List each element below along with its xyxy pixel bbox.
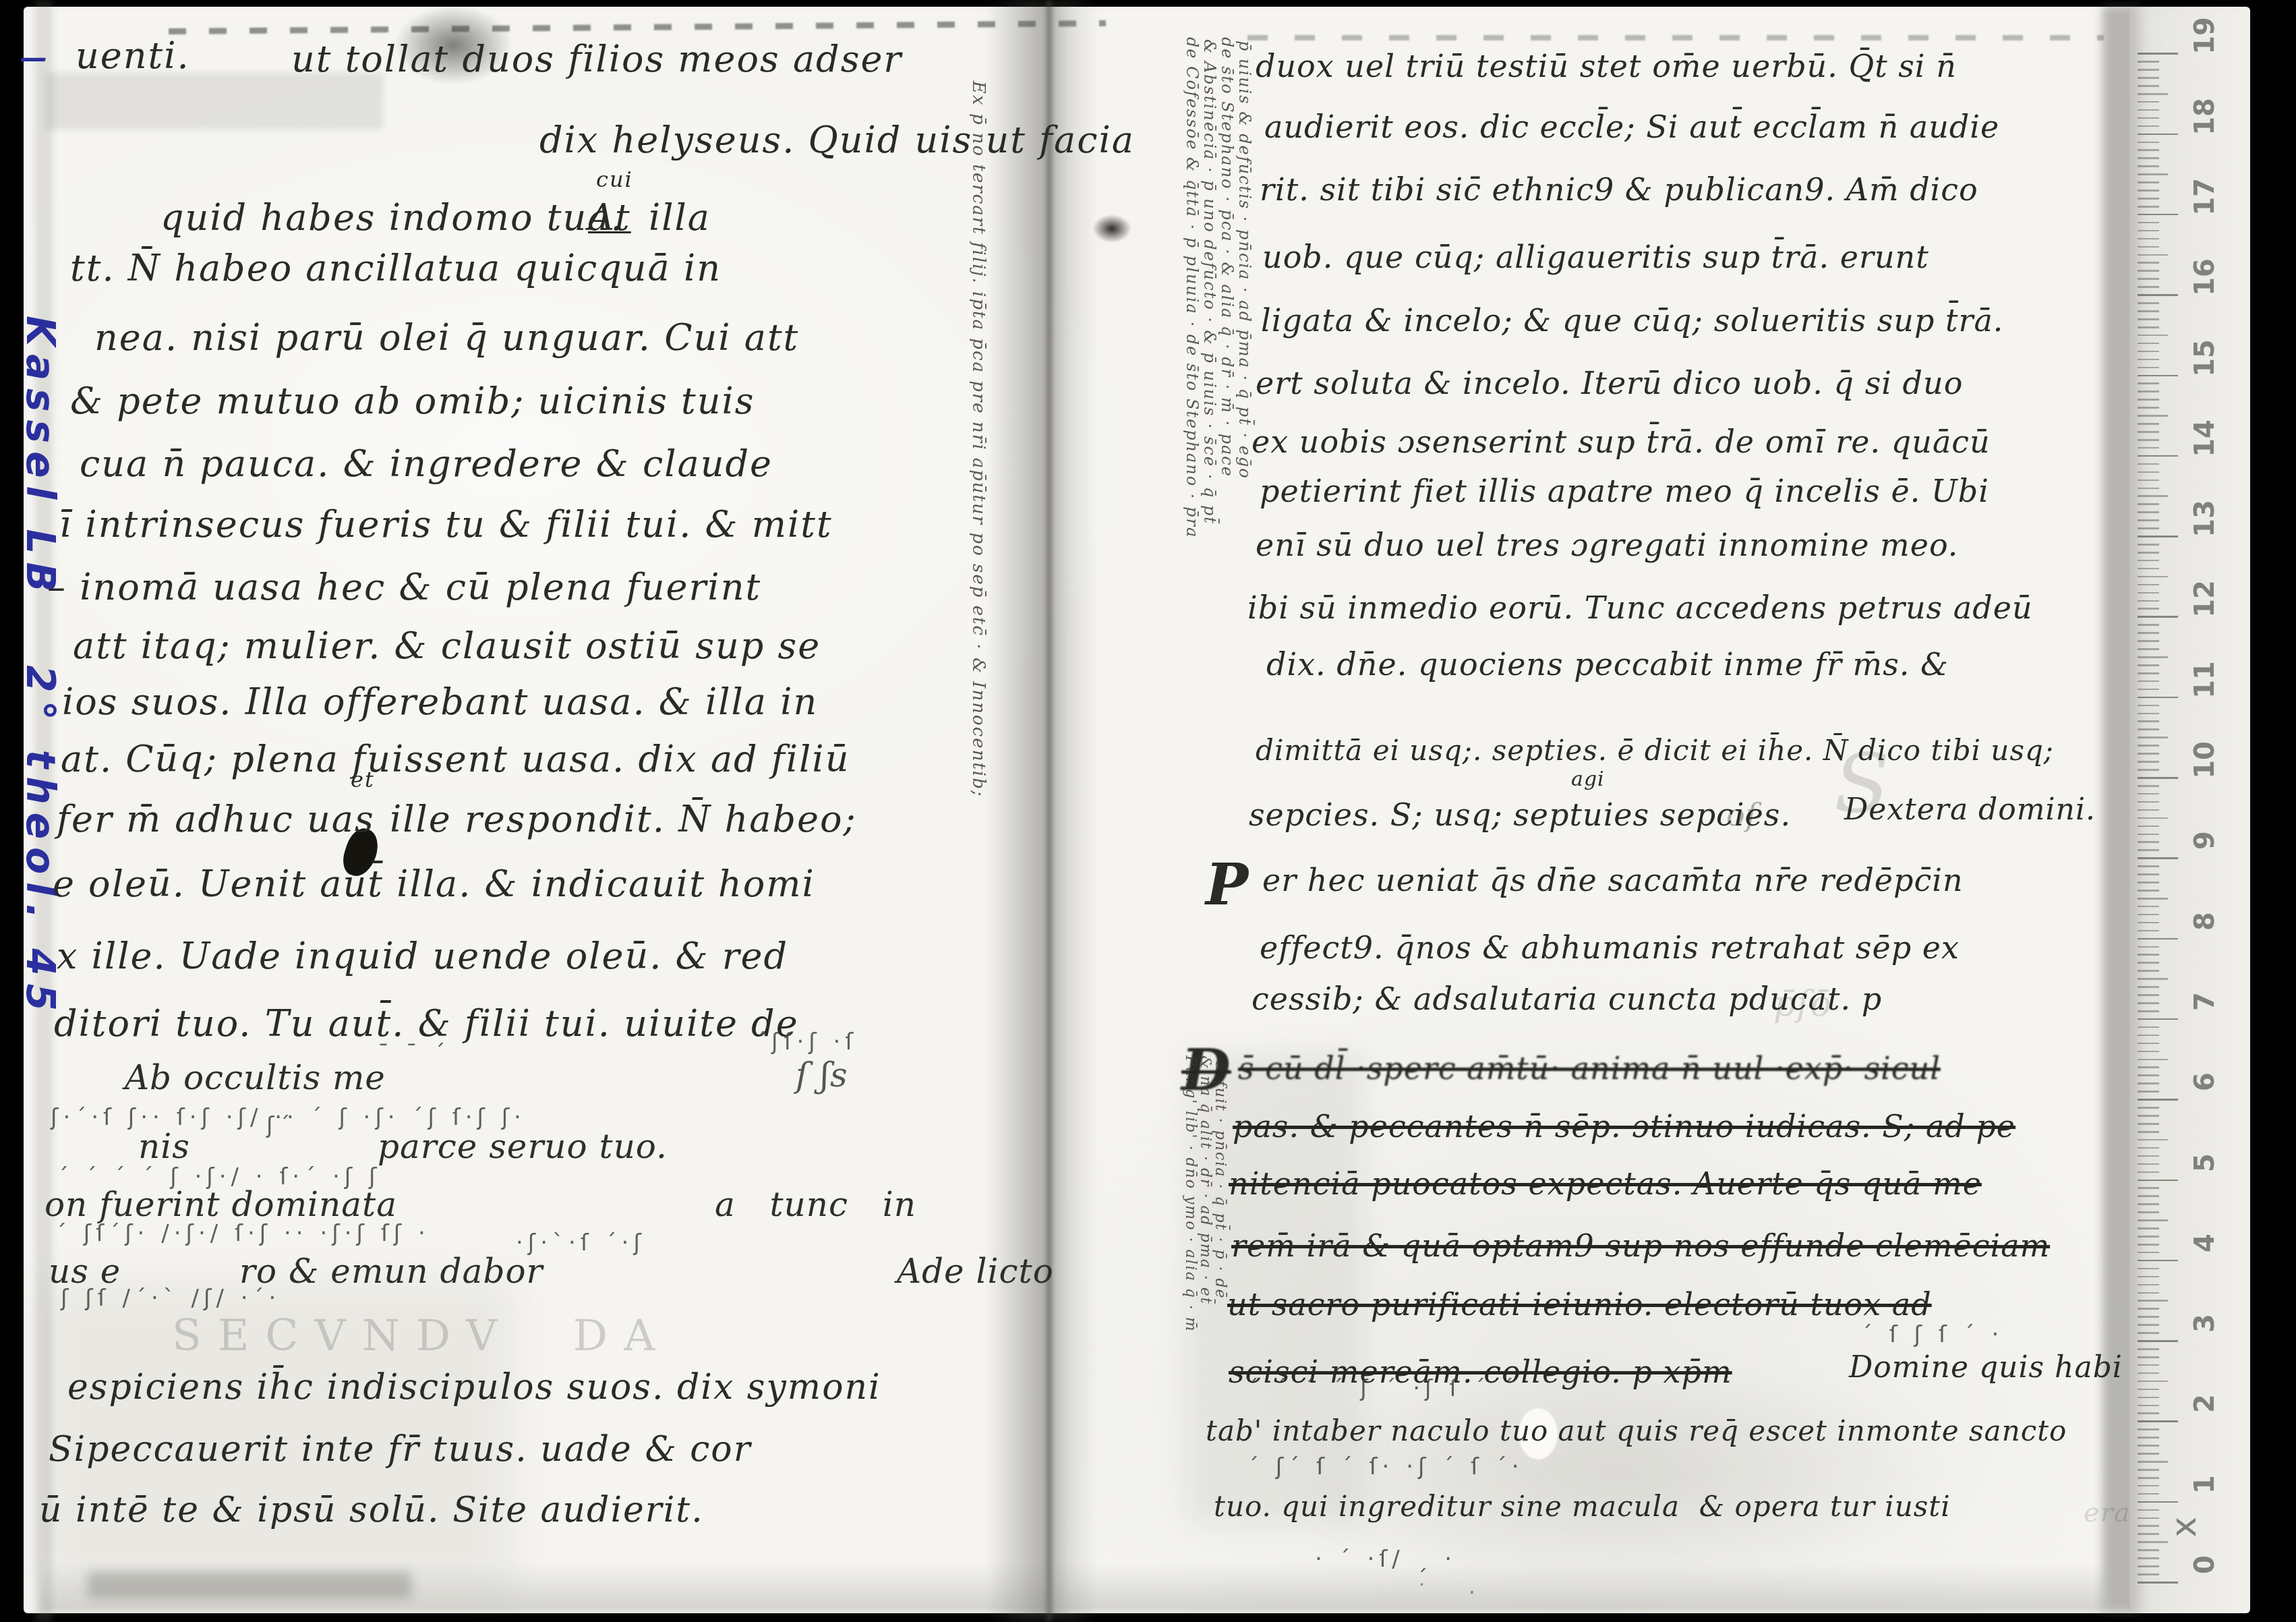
ruler-tick	[2138, 503, 2159, 505]
ruler-tick	[2138, 890, 2159, 892]
ruler-tick	[2138, 423, 2159, 425]
ruler-tick	[2138, 809, 2159, 811]
interlinear-gloss: et	[351, 769, 375, 792]
manuscript-line: ex uobis ɔsenserint sup t̄rā. de omī re.…	[1252, 426, 1991, 458]
ruler-tick	[2138, 898, 2168, 900]
ruler-number: 15	[2189, 339, 2220, 377]
ruler-tick	[2138, 552, 2159, 554]
ruler-tick	[2138, 689, 2159, 691]
marginal-note: & Abstinēciā · p̄ uno defūcto · & p̄ uiu…	[1202, 39, 1218, 788]
ruler-tick	[2138, 1276, 2159, 1278]
ruler-tick	[2138, 1284, 2159, 1286]
ruler-tick	[2138, 278, 2159, 280]
neume-row: ˊʃſ·ʃ ·ſ	[755, 1031, 858, 1055]
ruler-tick	[2138, 173, 2168, 175]
ruler-tick	[2138, 1252, 2159, 1254]
manuscript-line: ille respondit. N̄ habeo;	[390, 801, 857, 839]
ruler-tick	[2138, 1043, 2159, 1045]
ruler-tick	[2138, 326, 2159, 328]
marginal-note: p̄ uiuis & defūctis · pn̄cia · ad p̄ma ·…	[1237, 40, 1253, 789]
ruler-tick	[2138, 262, 2159, 264]
ruler-tick	[2138, 1348, 2159, 1350]
ruler-number: 16	[2189, 258, 2220, 296]
ruler-tick	[2138, 1107, 2159, 1109]
ruler-tick	[2138, 125, 2159, 127]
initial-letter: P	[1206, 855, 1249, 915]
ruler-tick	[2138, 1131, 2159, 1133]
manuscript-line: effect9. q̄nos & abhumanis retrahat sēp …	[1260, 931, 1960, 964]
ruler-tick	[2138, 415, 2168, 417]
manuscript-line: ibi sū inmedio eorū. Tunc accedens petru…	[1247, 591, 2033, 624]
ruler-number: 7	[2189, 983, 2220, 1020]
manuscript-line: x ille. Uade inquid uende oleū. & red	[57, 937, 788, 976]
ruler-tick	[2138, 1035, 2159, 1037]
ruler-tick	[2138, 61, 2159, 63]
ruler-tick	[2138, 270, 2159, 272]
ruler-tick	[2138, 77, 2159, 79]
ruler-tick	[2138, 1517, 2159, 1519]
ruler-tick	[2138, 1420, 2178, 1422]
ruler-tick	[2138, 431, 2159, 433]
ruler-tick	[2138, 745, 2159, 747]
ruler: x 012345678910111213141516171819	[2129, 7, 2249, 1612]
faded-heading: SECVNDV DA	[172, 1314, 671, 1359]
ruler-tick	[2138, 157, 2159, 159]
ruler-tick	[2138, 906, 2159, 908]
manuscript-line: ū intē te & ipsū solū. Site audierit.	[39, 1492, 704, 1529]
ruler-tick	[2138, 753, 2159, 755]
ruler-tick	[2138, 343, 2159, 345]
faded-text: era	[2084, 1499, 2131, 1527]
ruler-tick	[2138, 447, 2159, 449]
ruler-tick	[2138, 1485, 2159, 1487]
ruler-tick	[2138, 359, 2159, 361]
ruler-tick	[2138, 230, 2159, 232]
ruler-tick	[2138, 101, 2159, 103]
ruler-tick	[2138, 495, 2168, 497]
marginal-note: de s̄to Stephano · p̄ca · & alia q̄ · dr…	[1219, 37, 1235, 786]
ruler-tick	[2138, 302, 2159, 304]
interlinear-gloss: agi	[1571, 769, 1605, 790]
ruler-tick	[2138, 1565, 2159, 1567]
ruler-tick	[2138, 938, 2178, 940]
manuscript-line: ditori tuo. Tu aut̄. & filii tui. uiuite…	[54, 1005, 799, 1043]
manuscript-line: sepcies. S; usq; septuies sepcies.	[1249, 799, 1791, 831]
ruler-tick	[2138, 1445, 2159, 1447]
faded-text: p̄ſō	[1773, 986, 1832, 1023]
ruler-tick	[2138, 1557, 2159, 1559]
ruler-number: 5	[2189, 1144, 2220, 1182]
ruler-tick	[2138, 1332, 2159, 1334]
ruler-tick	[2138, 206, 2159, 208]
neume-row: ˙ ·	[1416, 1582, 1480, 1606]
manuscript-line: At	[588, 199, 631, 237]
ruler-tick	[2138, 1340, 2178, 1342]
ruler-tick	[2138, 1051, 2159, 1053]
ruler-tick	[2138, 1397, 2159, 1399]
ruler-tick	[2138, 785, 2159, 787]
ruler-tick	[2138, 1437, 2159, 1439]
ruler-tick	[2138, 1018, 2178, 1020]
ruler-tick	[2138, 1541, 2168, 1543]
ruler-tick	[2138, 69, 2159, 71]
ruler-tick	[2138, 382, 2159, 384]
chant-line: us e	[49, 1254, 121, 1290]
ruler-tick	[2138, 294, 2178, 296]
chant-line: ſ ʃs	[796, 1058, 848, 1093]
shelfmark-note: Kassel LB 2° theol. 45	[18, 316, 63, 1019]
manuscript-line: rit. sit tibi sic̄ ethnic9 & publican9. …	[1260, 173, 1978, 206]
neume-row: ˊ ſ ʃ ſ ˊ ·	[1861, 1323, 2003, 1348]
ruler-tick	[2138, 1139, 2168, 1141]
ruler-tick	[2138, 1227, 2159, 1229]
ruler-number: 13	[2189, 500, 2220, 538]
ruler-tick	[2138, 1203, 2159, 1205]
manuscript-line: cua n̄ pauca. & ingredere & claude	[80, 445, 773, 484]
pencil-x-mark: x	[2164, 1517, 2204, 1538]
ruler-tick	[2138, 817, 2168, 819]
ruler-number: 4	[2189, 1224, 2220, 1262]
ruler-tick	[2138, 826, 2159, 828]
scan-canvas: Kassel LB 2° theol. 45 x 012345678910111…	[0, 0, 2296, 1622]
ruler-tick	[2138, 1026, 2159, 1029]
ruler-tick	[2138, 1187, 2159, 1189]
ruler-tick	[2138, 769, 2159, 771]
ruler-tick	[2138, 954, 2159, 956]
ruler-tick	[2138, 1211, 2159, 1213]
ruler-tick	[2138, 632, 2159, 634]
ruler-tick	[2138, 455, 2178, 457]
ruler-tick	[2138, 544, 2159, 546]
ruler-tick	[2138, 93, 2168, 95]
ruler-tick	[2138, 680, 2159, 683]
ruler-tick	[2138, 1372, 2159, 1374]
ruler-tick	[2138, 399, 2159, 401]
ruler-tick	[2138, 214, 2178, 216]
ruler-tick	[2138, 970, 2159, 972]
ruler-tick	[2138, 777, 2178, 779]
manuscript-line: uob. que cūq; alligaueritis sup t̄rā. er…	[1262, 241, 1929, 273]
struck-line: s̄ cū dl̄ ·sperc am̄tū· anima n̄ uul ·ex…	[1238, 1052, 1941, 1084]
ruler-tick	[2138, 1155, 2159, 1157]
ruler-tick	[2138, 142, 2159, 144]
ruler-tick	[2138, 1549, 2159, 1551]
ruler-tick	[2138, 664, 2159, 666]
ruler-tick	[2138, 728, 2159, 730]
struck-line: nitenciā puocatos expectas. Auerte q̄s q…	[1229, 1167, 1982, 1200]
ruler-number: 17	[2189, 178, 2220, 216]
ruler-tick	[2138, 439, 2159, 441]
neume-row: ˊ ʃſˊʃ· /·ʃ·/ ſ·ʃ ·· ·ʃ·ʃ ſʃ ·	[55, 1222, 430, 1246]
ruler-tick	[2138, 1493, 2159, 1495]
manuscript-line: ios suos. Illa offerebant uasa. & illa i…	[62, 683, 818, 722]
manuscript-line: Sipeccauerit inte fr̄ tuus. uade & cor	[49, 1431, 752, 1468]
ruler-tick	[2138, 865, 2159, 867]
ruler-tick	[2138, 222, 2159, 224]
ruler-tick	[2138, 1582, 2178, 1584]
ruler-tick	[2138, 873, 2159, 875]
chant-line: tuo. qui ingreditur sine macula & opera …	[1214, 1492, 1951, 1522]
marginal-note: & na q̄ alit · dr̄ · ad p̄ma · et̄	[1198, 1055, 1212, 1575]
ruler-tick	[2138, 1453, 2159, 1455]
ruler-tick	[2138, 1099, 2178, 1101]
interlinear-gloss: cui	[596, 169, 633, 192]
chant-line: ro & emun dabor	[239, 1254, 543, 1290]
manuscript-line: illa	[649, 199, 711, 237]
neume-row: ·ʃ·ˋ·ſ ˊ·ʃ	[516, 1232, 646, 1256]
ruler-number: 19	[2189, 17, 2220, 55]
ruler-number: 11	[2189, 661, 2220, 699]
ruler-tick	[2138, 1525, 2159, 1527]
ruler-tick	[2138, 672, 2159, 674]
ruler-tick	[2138, 697, 2178, 699]
neume-row: ˉ ˉ ˊ	[378, 1042, 450, 1066]
ruler-tick	[2138, 1163, 2159, 1165]
ruler-tick	[2138, 720, 2159, 722]
manuscript-line: uenti.	[76, 37, 190, 76]
manuscript-line: audierit eos. dic eccl̄e; Si aut̄ eccl̄a…	[1264, 111, 1999, 143]
ruler-tick	[2138, 1501, 2178, 1503]
manuscript-line: tt. N̄ habeo ancillatua quicquā in	[70, 250, 722, 288]
ruler-number: 2	[2189, 1385, 2220, 1422]
ruler-tick	[2138, 181, 2159, 183]
manuscript-line: & pete mutuo ab omib; uicinis tuis	[70, 382, 755, 421]
manuscript-line: at. Cūq; plena fuissent uasa. dix ad fil…	[61, 741, 850, 779]
ruler-tick	[2138, 198, 2159, 200]
manuscript-line: ligata & incelo; & que cūq; solueritis s…	[1261, 304, 2004, 337]
ruler-tick	[2138, 85, 2159, 87]
ruler-tick	[2138, 286, 2159, 288]
manuscript-line: er hec ueniat q̄s dn̄e sacam̄ta nr̄e red…	[1262, 864, 1964, 896]
manuscript-line: ut tollat duos filios meos adser	[291, 40, 902, 79]
neume-row: · ˊ ·ſ/ ˏ ·	[1315, 1548, 1456, 1572]
neume-row: ˊ ʃˊ ſ ˊ ſ· ·ʃ ˊ ſ ˊ·	[1247, 1455, 1524, 1480]
ruler-tick	[2138, 624, 2159, 626]
ruler-tick	[2138, 1219, 2168, 1221]
ruler-tick	[2138, 1059, 2168, 1061]
ruler-tick	[2138, 367, 2159, 369]
ruler-number: 6	[2189, 1063, 2220, 1101]
ruler-tick	[2138, 881, 2159, 884]
ruler-number: 10	[2189, 741, 2220, 779]
ruler-tick	[2138, 149, 2159, 151]
ruler-tick	[2138, 1573, 2159, 1575]
ruler-tick	[2138, 1533, 2159, 1535]
ruler-tick	[2138, 1091, 2159, 1093]
manuscript-line: fer m̄ adhuc uas	[57, 801, 375, 839]
ruler-tick	[2138, 1074, 2159, 1076]
ruler-tick	[2138, 994, 2159, 996]
ruler-tick	[2138, 1356, 2159, 1358]
ruler-tick	[2138, 962, 2159, 964]
ruler-tick	[2138, 1180, 2178, 1182]
ruler-tick	[2138, 318, 2159, 320]
manuscript-line: espiciens ih̄c indiscipulos suos. dix sy…	[67, 1369, 881, 1406]
chant-line: parce seruo tuo.	[378, 1129, 668, 1165]
manuscript-line: ert soluta & incelo. Iterū dico uob. q̄ …	[1256, 367, 1963, 399]
ruler-number: 0	[2189, 1546, 2220, 1584]
manuscript-line: ī intrinsecus fueris tu & filii tui. & m…	[59, 506, 833, 544]
ruler-tick	[2138, 1461, 2168, 1463]
ruler-tick	[2138, 1412, 2159, 1414]
ruler-tick	[2138, 793, 2159, 795]
ruler-tick	[2138, 1244, 2159, 1246]
chant-line: nis	[138, 1129, 190, 1165]
ruler-tick	[2138, 488, 2159, 490]
faded-text: oſ	[1726, 799, 1758, 831]
ruler-tick	[2138, 1308, 2159, 1310]
ruler-tick	[2138, 1268, 2159, 1270]
ruler-tick	[2138, 1381, 2168, 1383]
ruler-tick	[2138, 407, 2159, 409]
chant-line: on fuerint dominata	[45, 1187, 397, 1223]
ruler-tick	[2138, 584, 2159, 586]
manuscript-line: dix helyseus. Quid uis ut facia	[539, 121, 1135, 160]
chant-line: a tunc in	[715, 1187, 916, 1223]
ruler-tick	[2138, 463, 2159, 465]
ruler-tick	[2138, 841, 2159, 843]
ruler-number: 3	[2189, 1304, 2220, 1342]
ruler-tick	[2138, 535, 2178, 538]
ruler-tick	[2138, 1066, 2159, 1068]
manuscript-line: quid habes indomo tua.	[160, 199, 624, 237]
ruler-tick	[2138, 1364, 2159, 1366]
manuscript-line: nea. nisi parū olei q̄ unguar. Cui att	[94, 319, 799, 357]
ruler-tick	[2138, 1115, 2159, 1117]
ruler-tick	[2138, 1002, 2159, 1004]
ruler-tick	[2138, 254, 2168, 256]
ruler-tick	[2138, 1316, 2159, 1318]
chant-line: tab' intaber naculo tuo aut quis req̄ es…	[1206, 1416, 2067, 1446]
pen-mark: —	[20, 45, 47, 73]
manuscript-line: dix. dn̄e. quociens peccabit inme fr̄ m̄…	[1266, 648, 1949, 680]
ruler-tick	[2138, 592, 2159, 594]
manuscript-line: dimittā ei usq;. septies. ē dicit ei ih̄…	[1256, 736, 2054, 765]
ruler-tick	[2138, 761, 2159, 763]
ruler-tick	[2138, 1300, 2168, 1302]
marginal-note: de Cōfessōe & q̄ttā · p̄ pluuia · de s̄t…	[1184, 37, 1200, 786]
ruler-tick	[2138, 930, 2159, 932]
ruler-tick	[2138, 1010, 2159, 1012]
ruler-tick	[2138, 53, 2178, 55]
chant-line: Ab occultis me	[125, 1060, 386, 1096]
neume-row: ʃ ʃſ /ˊ·ˋ /ʃ/ ·ˊ·	[61, 1287, 281, 1311]
ruler-tick	[2138, 600, 2159, 602]
ruler-tick	[2138, 834, 2159, 836]
ruler-tick	[2138, 560, 2159, 562]
ruler-tick	[2138, 519, 2159, 521]
chant-line: Ade licto	[897, 1254, 1054, 1290]
struck-line: ut sacro purificati ieiunio. electorū tu…	[1227, 1288, 1932, 1321]
ruler-tick	[2138, 109, 2159, 111]
ruler-tick	[2138, 986, 2159, 988]
ruler-tick	[2138, 1389, 2159, 1391]
ruler-number: 1	[2189, 1466, 2220, 1503]
ruler-tick	[2138, 801, 2159, 803]
ruler-tick	[2138, 576, 2168, 578]
ruler-tick	[2138, 1082, 2159, 1084]
ruler-tick	[2138, 922, 2159, 924]
neume-row: ʃˊ	[266, 1114, 295, 1138]
ruler-tick	[2138, 648, 2159, 650]
ruler-tick	[2138, 608, 2159, 610]
ruler-tick	[2138, 1477, 2159, 1479]
ruler-tick	[2138, 713, 2159, 715]
neume-row: ˊ ˊ ˊ ˊ ʃ ˊ ·ʃ ſ ˊ ˊ	[1247, 1377, 1519, 1401]
ruler-number: 12	[2189, 580, 2220, 618]
ruler-tick	[2138, 914, 2159, 916]
ruler-tick	[2138, 480, 2159, 482]
ruler-tick	[2138, 1292, 2159, 1294]
chant-line: Domine quis habi	[1849, 1352, 2123, 1383]
ruler-tick	[2138, 568, 2159, 570]
ruler-tick	[2138, 849, 2159, 851]
ruler-tick	[2138, 857, 2178, 859]
ruler-tick	[2138, 1236, 2159, 1238]
ruler-tick	[2138, 616, 2178, 618]
manuscript-line: att itaq; mulier. & clausit ostiū sup se	[73, 627, 821, 666]
ruler-tick	[2138, 705, 2159, 707]
bleed-through-text: S	[1834, 742, 1890, 827]
ruler-tick	[2138, 1428, 2159, 1430]
ruler-tick	[2138, 736, 2168, 738]
marginal-note: Pung' lib' · dn̄o ymo · alia q̄ · m̄	[1183, 1055, 1198, 1575]
ruler-number: 8	[2189, 902, 2220, 940]
struck-line: rem̄ irā & quā optam9 sup nos effunde cl…	[1231, 1229, 2050, 1262]
ruler-tick	[2138, 134, 2178, 136]
ruler-tick	[2138, 1324, 2159, 1326]
ruler-tick	[2138, 978, 2168, 980]
ruler-tick	[2138, 375, 2178, 377]
gutter-annotation: Ex p̄ no tercart filij. ip̄ta p̄ca pre n…	[970, 81, 987, 1066]
ruler-tick	[2138, 1147, 2159, 1149]
ruler-tick	[2138, 1195, 2159, 1197]
ruler-tick	[2138, 117, 2159, 119]
ruler-tick	[2138, 351, 2159, 353]
ruler-tick	[2138, 335, 2168, 337]
ruler-tick	[2138, 527, 2159, 529]
manuscript-line: duox uel triū testiū stet om̄e uerbū. Q̄…	[1256, 50, 1957, 82]
manuscript-line: e oleū. Uenit aut̄ illa. & indicauit hom…	[53, 865, 815, 904]
ruler-tick	[2138, 946, 2159, 948]
ruler-tick	[2138, 1509, 2159, 1511]
ruler-tick	[2138, 310, 2159, 312]
ruler-number: 18	[2189, 98, 2220, 136]
ruler-tick	[2138, 190, 2159, 192]
struck-line: pas. & peccantes n̄ sēp. ɔtinuo iudicas.…	[1233, 1110, 2015, 1142]
ruler-tick	[2138, 390, 2159, 393]
manuscript-line: enī sū duo uel tres ɔgregati innomine me…	[1256, 529, 1958, 561]
ruler-tick	[2138, 471, 2159, 473]
ruler-number: 14	[2189, 419, 2220, 457]
ruler-tick	[2138, 1405, 2159, 1407]
ruler-tick	[2138, 165, 2159, 167]
ruler-tick	[2138, 1469, 2159, 1471]
ruler-tick	[2138, 246, 2159, 248]
ruler-number: 9	[2189, 821, 2220, 859]
ruler-tick	[2138, 1171, 2159, 1174]
marginal-note: & fuit · pn̄cia · q̄ pt̄ · p̄ · dē	[1212, 1060, 1227, 1580]
ruler-tick	[2138, 640, 2159, 642]
ruler-tick	[2138, 1123, 2159, 1125]
manuscript-line: petierint fiet illis apatre meo q̄ incel…	[1260, 475, 1989, 507]
ruler-tick	[2138, 238, 2159, 240]
ruler-tick	[2138, 1260, 2178, 1262]
manuscript-line: – inomā uasa hec & cū plena fuerint	[47, 569, 761, 607]
ruler-tick	[2138, 511, 2159, 513]
ruler-tick	[2138, 656, 2168, 658]
